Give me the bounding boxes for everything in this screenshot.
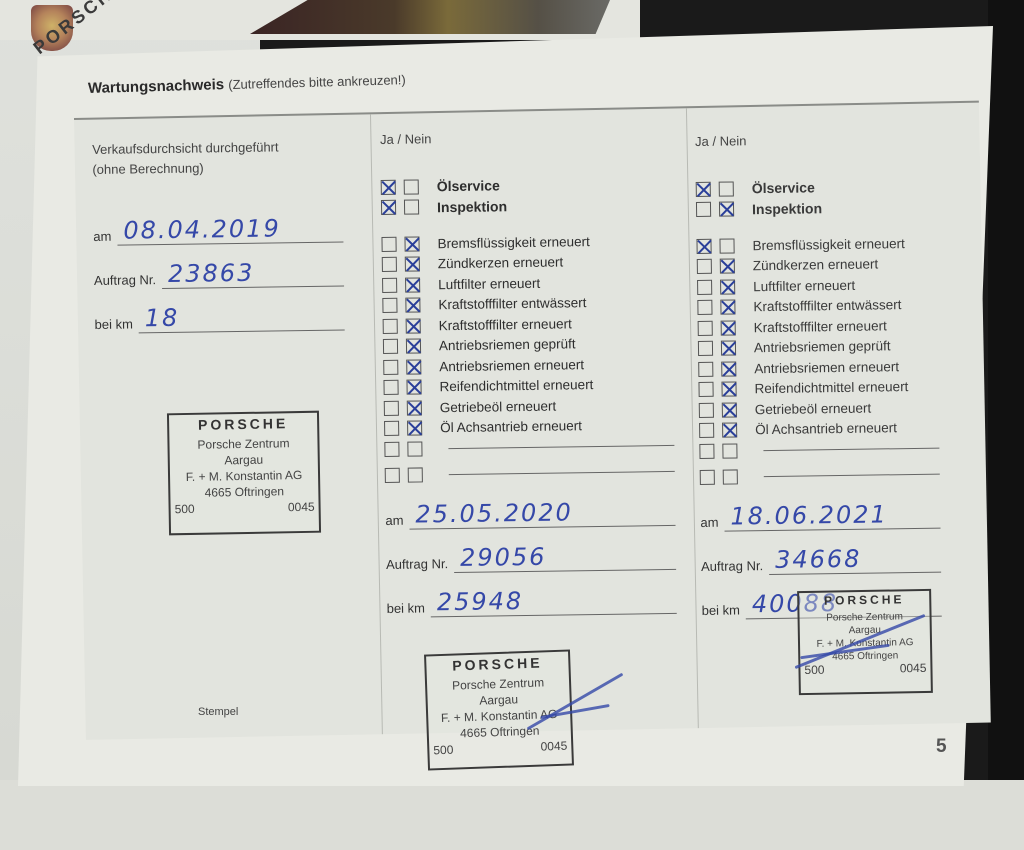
checkbox-nein[interactable]: [404, 200, 419, 215]
checkbox-nein[interactable]: [719, 238, 734, 253]
checkbox-nein[interactable]: [404, 236, 419, 251]
checkbox-ja[interactable]: [699, 403, 714, 418]
stamp-brand: PORSCHE: [799, 593, 929, 608]
service-item-label: Kraftstofffilter erneuert: [754, 318, 887, 335]
dealer-stamp: PORSCHE Porsche Zentrum Aargau F. + M. K…: [167, 411, 321, 536]
stamp-label: Stempel: [198, 706, 238, 718]
service-item-label: Kraftstofffilter entwässert: [753, 297, 901, 314]
checkbox-ja[interactable]: [698, 382, 713, 397]
blank-row: [385, 461, 675, 486]
km-label: bei km: [702, 602, 741, 620]
checkbox-ja[interactable]: [696, 239, 711, 254]
service-item-label: Kraftstofffilter erneuert: [439, 316, 572, 333]
checkbox-ja[interactable]: [699, 444, 714, 459]
order-label: Auftrag Nr.: [94, 272, 156, 290]
service-item-label: Bremsflüssigkeit erneuert: [752, 236, 905, 253]
service-item-label: Antriebsriemen erneuert: [754, 359, 899, 376]
yes-no-header: Ja / Nein: [380, 128, 670, 147]
checkbox-nein[interactable]: [408, 468, 423, 483]
checkbox-nein[interactable]: [404, 179, 419, 194]
checkbox-ja[interactable]: [697, 300, 712, 315]
checkbox-ja[interactable]: [698, 341, 713, 356]
km-value: 18: [145, 304, 180, 332]
checkbox-nein[interactable]: [723, 470, 738, 485]
checkbox-ja[interactable]: [382, 257, 397, 272]
km-field: bei km 25948: [386, 584, 676, 618]
checkbox-ja[interactable]: [381, 200, 396, 215]
date-label: am: [93, 229, 111, 246]
checkbox-nein[interactable]: [721, 361, 736, 376]
service-item-label: Luftfilter erneuert: [438, 276, 540, 292]
checkbox-ja[interactable]: [384, 442, 399, 457]
yes-no-header: Ja / Nein: [695, 131, 935, 149]
checkbox-ja[interactable]: [384, 401, 399, 416]
checkbox-nein[interactable]: [722, 443, 737, 458]
checkbox-nein[interactable]: [406, 380, 421, 395]
date-field: am 25.05.2020: [385, 496, 675, 530]
service-item-label: Kraftstofffilter entwässert: [438, 295, 586, 312]
order-value: 29056: [460, 543, 547, 572]
date-field: am 18.06.2021: [700, 499, 940, 532]
service-item-label: Inspektion: [752, 200, 822, 217]
checkbox-ja[interactable]: [698, 362, 713, 377]
order-field: Auftrag Nr. 34668: [701, 543, 941, 576]
checkbox-ja[interactable]: [383, 360, 398, 375]
service-item-label: Reifendichtmittel erneuert: [439, 377, 593, 394]
checkbox-nein[interactable]: [719, 202, 734, 217]
stamp-code: 500: [433, 742, 454, 759]
checkbox-nein[interactable]: [407, 400, 422, 415]
service-item-label: Inspektion: [437, 198, 507, 215]
checkbox-ja[interactable]: [700, 470, 715, 485]
blank-line: [448, 445, 674, 449]
checkbox-nein[interactable]: [405, 277, 420, 292]
background-dark-edge: [988, 0, 1024, 850]
service-item-label: Getriebeöl erneuert: [755, 400, 872, 417]
date-value: 18.06.2021: [730, 500, 888, 530]
column-service-1: Ja / Nein ÖlserviceInspektion Bremsflüss…: [380, 128, 677, 618]
checkbox-nein[interactable]: [719, 181, 734, 196]
service-item-label: Reifendichtmittel erneuert: [754, 379, 908, 396]
checkbox-nein[interactable]: [720, 300, 735, 315]
checkbox-ja[interactable]: [382, 278, 397, 293]
checkbox-ja[interactable]: [699, 423, 714, 438]
checkbox-ja[interactable]: [381, 180, 396, 195]
order-value: 34668: [775, 545, 862, 574]
date-field: am 08.04.2019: [93, 213, 343, 246]
column-service-2: Ja / Nein ÖlserviceInspektion Bremsflüss…: [695, 131, 942, 620]
checkbox-nein[interactable]: [406, 359, 421, 374]
service-item-label: Öl Achsantrieb erneuert: [755, 420, 897, 437]
stamp-line: F. + M. Konstantin AG: [170, 467, 318, 486]
stamp-code: 0045: [288, 499, 315, 515]
service-item-label: Antriebsriemen geprüft: [439, 337, 576, 354]
checkbox-ja[interactable]: [385, 468, 400, 483]
dealer-stamp: PORSCHE Porsche Zentrum Aargau F. + M. K…: [424, 649, 574, 770]
checkbox-ja[interactable]: [383, 339, 398, 354]
order-field: Auftrag Nr. 29056: [386, 540, 676, 574]
checkbox-nein[interactable]: [721, 341, 736, 356]
checkbox-nein[interactable]: [722, 402, 737, 417]
checkbox-ja[interactable]: [697, 259, 712, 274]
service-item-label: Zündkerzen erneuert: [438, 255, 564, 272]
checkbox-ja[interactable]: [383, 380, 398, 395]
checkbox-nein[interactable]: [720, 279, 735, 294]
service-item-label: Getriebeöl erneuert: [440, 398, 557, 415]
checkbox-nein[interactable]: [720, 259, 735, 274]
background-bottom-pages: [0, 780, 1024, 850]
checkbox-nein[interactable]: [407, 441, 422, 456]
date-value: 08.04.2019: [123, 214, 281, 244]
checkbox-nein[interactable]: [405, 257, 420, 272]
stamp-code: 0045: [900, 662, 927, 675]
blank-row: [699, 438, 939, 462]
service-item-label: Ölservice: [752, 180, 815, 197]
service-item-label: Luftfilter erneuert: [753, 278, 855, 294]
checkbox-nein[interactable]: [407, 421, 422, 436]
blank-line: [764, 474, 940, 477]
checkbox-ja[interactable]: [383, 319, 398, 334]
order-label: Auftrag Nr.: [701, 558, 763, 576]
service-item-label: Antriebsriemen geprüft: [754, 339, 891, 356]
km-label: bei km: [387, 600, 426, 618]
checkbox-nein[interactable]: [722, 423, 737, 438]
checkbox-nein[interactable]: [406, 339, 421, 354]
km-value: 25948: [437, 587, 524, 616]
checkbox-ja[interactable]: [696, 182, 711, 197]
stamp-brand: PORSCHE: [426, 654, 568, 675]
order-label: Auftrag Nr.: [386, 556, 448, 574]
stamp-brand: PORSCHE: [169, 415, 317, 434]
stamp-code: 500: [804, 664, 824, 677]
page-number: 5: [936, 736, 947, 758]
checkbox-ja[interactable]: [384, 421, 399, 436]
service-item-label: Antriebsriemen erneuert: [439, 357, 584, 374]
background-photo: [250, 0, 610, 34]
checkbox-ja[interactable]: [696, 202, 711, 217]
checkbox-nein[interactable]: [405, 298, 420, 313]
checkbox-ja[interactable]: [698, 321, 713, 336]
km-field: bei km 18: [94, 300, 344, 333]
blank-row: [700, 464, 940, 488]
date-label: am: [385, 513, 403, 530]
date-value: 25.05.2020: [415, 498, 573, 528]
checkbox-ja[interactable]: [382, 298, 397, 313]
stamp-code: 500: [174, 501, 194, 517]
service-item-label: Bremsflüssigkeit erneuert: [437, 234, 590, 251]
column-initial-inspection: Verkaufsdurchsicht durchgeführt (ohne Be…: [92, 137, 345, 334]
checkbox-nein[interactable]: [406, 318, 421, 333]
blank-row: [384, 435, 674, 460]
date-label: am: [700, 515, 718, 532]
blank-line: [763, 447, 939, 450]
service-item-label: Ölservice: [437, 178, 500, 195]
checkbox-ja[interactable]: [697, 280, 712, 295]
service-item-label: Öl Achsantrieb erneuert: [440, 418, 582, 435]
km-label: bei km: [94, 316, 133, 334]
blank-line: [449, 471, 675, 475]
checkbox-nein[interactable]: [721, 320, 736, 335]
order-field: Auftrag Nr. 23863: [94, 256, 344, 289]
stamp-code: 0045: [540, 738, 567, 755]
checkbox-ja[interactable]: [381, 237, 396, 252]
order-value: 23863: [168, 259, 255, 288]
service-item-label: Zündkerzen erneuert: [753, 257, 879, 274]
dealer-stamp: PORSCHE Porsche Zentrum Aargau F. + M. K…: [797, 589, 933, 695]
checkbox-nein[interactable]: [721, 382, 736, 397]
